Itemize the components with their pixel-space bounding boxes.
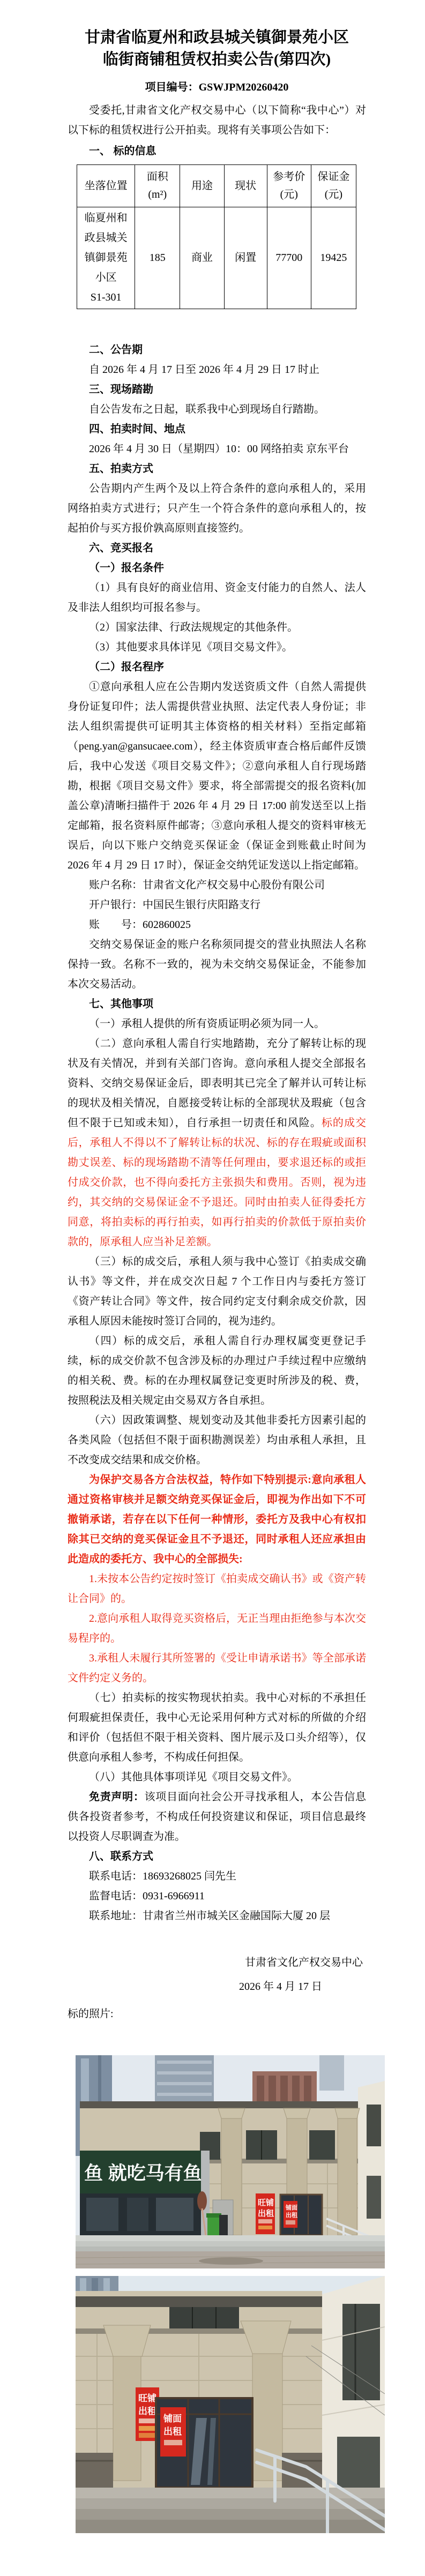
header-price: 参考价 (元) bbox=[267, 165, 311, 207]
red-list-item-1: 1.未按本公告约定按时签订《拍卖成交确认书》或《资产转让合同》的。 bbox=[68, 1569, 366, 1609]
title-line2: 临街商铺租赁权拍卖公告(第四次) bbox=[103, 51, 331, 68]
other-item-2-black: （二）意向承租人需自行实地踏勘，充分了解转让标的现状及有关情况，并到有关部门咨询… bbox=[68, 1038, 366, 1129]
special-notice-paragraph: 为保护交易各方合法权益，特作如下特别提示:意向承租人通过资格审核并足额交纳竞买保… bbox=[68, 1470, 366, 1569]
section-2-heading: 二、公告期 bbox=[68, 340, 366, 360]
restaurant-sign-text: 鱼 就吃马有鱼 bbox=[84, 2163, 202, 2184]
steps bbox=[76, 2488, 385, 2533]
section-7-heading: 七、其他事项 bbox=[68, 994, 366, 1014]
section-5-heading: 五、拍卖方式 bbox=[68, 459, 366, 479]
document-content: 甘肃省临夏州和政县城关镇御景苑小区 临街商铺租赁权拍卖公告(第四次) 项目编号：… bbox=[0, 0, 425, 2533]
section-8-heading: 八、联系方式 bbox=[68, 1847, 366, 1867]
section-3-heading: 三、现场踏勘 bbox=[68, 380, 366, 400]
trash-bin bbox=[206, 2213, 228, 2235]
condition-item-3: （3）其他要求具体详见《项目交易文件》。 bbox=[68, 638, 366, 657]
section-6-heading: 六、竞买报名 bbox=[68, 538, 366, 558]
rent-banner-line1: 旺铺 bbox=[258, 2198, 274, 2207]
other-item-4: （四）标的成交后，承租人需自行办理权属变更登记手续，标的成交价款不包含涉及标的办… bbox=[68, 1331, 366, 1411]
cell-deposit: 19425 bbox=[311, 207, 356, 309]
table-header-row: 坐落位置 面积 (m²) 用途 现状 参考价 (元) 保证金 (元) bbox=[77, 165, 356, 207]
section-6-sub1-heading: （一）报名条件 bbox=[68, 558, 366, 578]
rent-banner-line1: 旺铺 bbox=[138, 2393, 156, 2403]
header-area: 面积 (m²) bbox=[135, 165, 180, 207]
other-item-8: （八）其他具体事项详见《项目交易文件》。 bbox=[68, 1768, 366, 1787]
account-name-line: 账户名称：甘肃省文化产权交易中心股份有限公司 bbox=[68, 875, 366, 895]
photos-label: 标的照片: bbox=[68, 2004, 366, 2024]
door-sign-line2: 出租 bbox=[286, 2211, 298, 2219]
pavement bbox=[76, 2251, 385, 2268]
red-list-item-2: 2.意向承租人取得竞买资格后，无正当理由拒绝参与本次交易程序的。 bbox=[68, 1609, 366, 1649]
rent-banner-line2: 出租 bbox=[258, 2208, 274, 2218]
header-usage: 用途 bbox=[180, 165, 224, 207]
other-item-7: （七）拍卖标的按实物现状拍卖。我中心对标的不承担任何瑕疵担保责任，我中心无论采用… bbox=[68, 1688, 366, 1768]
signature-organization: 甘肃省文化产权交易中心 bbox=[68, 1953, 366, 1973]
other-item-3: （三）标的成交后，承租人须与我中心签订《拍卖成交确认书》等文件，并在成交次日起 … bbox=[68, 1252, 366, 1331]
header-status: 现状 bbox=[224, 165, 267, 207]
contact-address-line: 联系地址：甘肃省兰州市城关区金融国际大厦 20 层 bbox=[68, 1906, 366, 1926]
property-photo-2: 旺铺 出租 铺面 出租 bbox=[76, 2276, 385, 2533]
glass-entrance: 铺面 出租 bbox=[280, 2195, 322, 2235]
lot-info-table: 坐落位置 面积 (m²) 用途 现状 参考价 (元) 保证金 (元) 临夏 bbox=[77, 164, 356, 309]
section-2-body: 自 2026 年 4 月 17 日至 2026 年 4 月 29 日 17 时止 bbox=[68, 360, 366, 380]
other-item-1: （一）承租人提供的所有资质证明必须为同一人。 bbox=[68, 1014, 366, 1034]
header-location: 坐落位置 bbox=[77, 165, 135, 207]
header-deposit: 保证金 (元) bbox=[311, 165, 356, 207]
other-item-2-red: 标的成交后，承租人不得以不了解转让标的状况、标的存在瑕疵或面积勘丈误差、标的现场… bbox=[68, 1117, 366, 1248]
rent-banner-line2: 出租 bbox=[138, 2406, 157, 2416]
section-1-heading: 一、 标的信息 bbox=[68, 141, 366, 161]
door-sign-line1: 铺面 bbox=[285, 2204, 297, 2211]
bank-line: 开户银行：中国民生银行庆阳路支行 bbox=[68, 895, 366, 915]
auction-announcement-page: 甘肃省临夏州和政县城关镇御景苑小区 临街商铺租赁权拍卖公告(第四次) 项目编号：… bbox=[0, 0, 425, 2576]
condition-item-2: （2）国家法律、行政法规规定的其他条件。 bbox=[68, 618, 366, 638]
account-number-line: 账 号：602860025 bbox=[68, 915, 366, 935]
cell-status: 闲置 bbox=[224, 207, 267, 309]
door-sign-line2: 出租 bbox=[163, 2426, 182, 2437]
door-sign-line1: 铺面 bbox=[163, 2413, 182, 2424]
title-line1: 甘肃省临夏州和政县城关镇御景苑小区 bbox=[85, 29, 349, 46]
table-row: 临夏州和 政县城关 镇御景苑 小区 S1-301 185 商业 闲置 77700… bbox=[77, 207, 356, 309]
disclaimer-paragraph: 免责声明：该项目面向社会公开寻找承租人，本公告信息供各投资者参考，不构成任何投资… bbox=[68, 1787, 366, 1847]
section-3-body: 自公告发布之日起，联系我中心到现场自行踏勘。 bbox=[68, 400, 366, 420]
steps bbox=[76, 2235, 385, 2251]
upper-windows bbox=[200, 2130, 335, 2160]
property-photo-1: 鱼 就吃马有鱼 旺铺 出租 bbox=[76, 2055, 385, 2268]
page-title: 甘肃省临夏州和政县城关镇御景苑小区 临街商铺租赁权拍卖公告(第四次) bbox=[68, 27, 366, 71]
red-list-item-3: 3.承租人未履行其所签署的《受让申请承诺书》等全部承诺文件约定义务的。 bbox=[68, 1649, 366, 1688]
restaurant-sign: 鱼 就吃马有鱼 bbox=[80, 2151, 202, 2193]
supervise-phone-line: 监督电话：0931-6966911 bbox=[68, 1886, 366, 1906]
procedure-paragraph: ①意向承租人应在公告期内发送资质文件（自然人需提供身份证复印件；法人需提供营业执… bbox=[68, 677, 366, 875]
section-4-body: 2026 年 4 月 30 日（星期四）10：00 网络拍卖 京东平台 bbox=[68, 439, 366, 459]
cell-area: 185 bbox=[135, 207, 180, 309]
section-5-body: 公告期内产生两个及以上符合条件的意向承租人的，采用网络拍卖方式进行；只产生一个符… bbox=[68, 479, 366, 538]
disclaimer-label: 免责声明： bbox=[89, 1791, 145, 1803]
deposit-note-paragraph: 交纳交易保证金的账户名称须同提交的营业执照法人名称保持一致。名称不一致的，视为未… bbox=[68, 935, 366, 994]
project-number: 项目编号：GSWJPM20260420 bbox=[68, 79, 366, 95]
condition-item-1: （1）具有良好的商业信用、资金支付能力的自然人、法人及非法人组织均可报名参与。 bbox=[68, 578, 366, 618]
section-6-sub2-heading: （二）报名程序 bbox=[68, 657, 366, 677]
intro-paragraph: 受委托,甘肃省文化产权交易中心（以下简称“我中心”）对以下标的租赁权进行公开拍卖… bbox=[68, 101, 366, 140]
cell-location: 临夏州和 政县城关 镇御景苑 小区 S1-301 bbox=[77, 207, 135, 309]
cell-price: 77700 bbox=[267, 207, 311, 309]
glass-entrance: 铺面 出租 bbox=[156, 2398, 252, 2488]
signature-date: 2026 年 4 月 17 日 bbox=[68, 1977, 366, 1997]
cell-usage: 商业 bbox=[180, 207, 224, 309]
rent-banner: 旺铺 出租 bbox=[256, 2193, 275, 2234]
other-item-2: （二）意向承租人需自行实地踏勘，充分了解转让标的现状及有关情况，并到有关部门咨询… bbox=[68, 1034, 366, 1252]
section-4-heading: 四、拍卖时间、地点 bbox=[68, 420, 366, 439]
contact-phone-line: 联系电话：18693268025 闫先生 bbox=[68, 1867, 366, 1886]
other-item-6: （六）因政策调整、规划变动及其他非委托方因素引起的各类风险（包括但不限于面积勘测… bbox=[68, 1411, 366, 1470]
